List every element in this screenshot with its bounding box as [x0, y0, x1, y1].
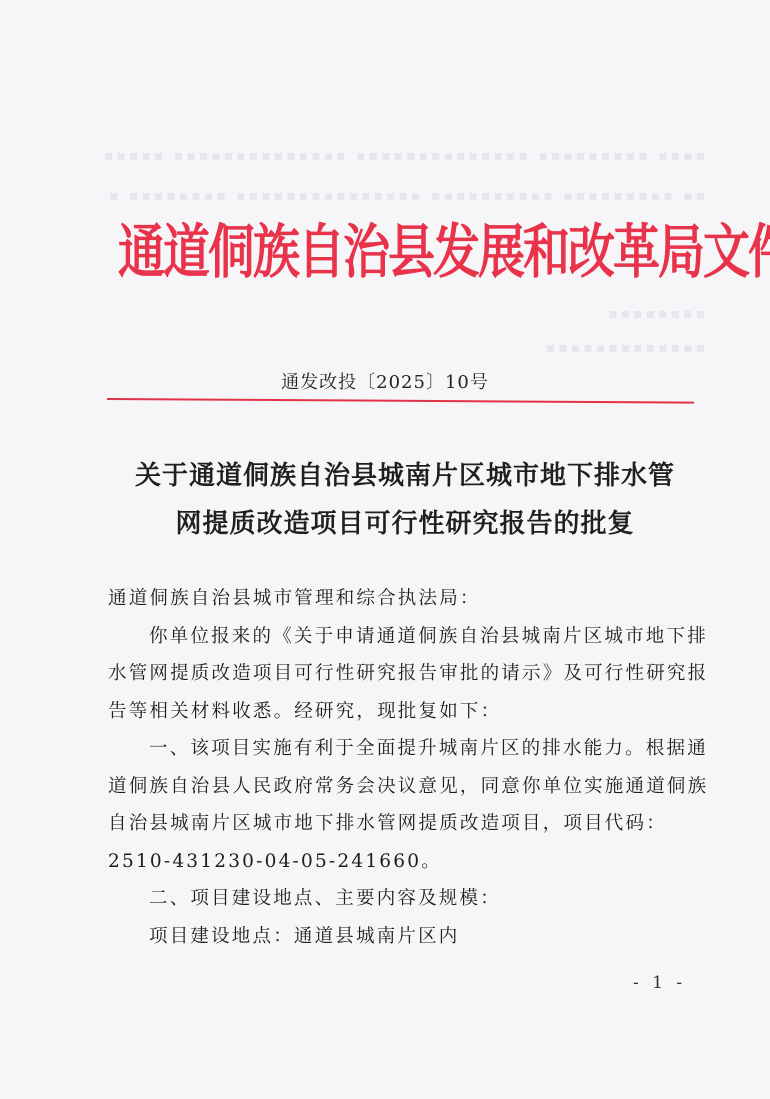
title-line-1: 关于通道侗族自治县城南片区城市地下排水管 — [105, 452, 705, 500]
section-two-heading: 二、项目建设地点、主要内容及规模： — [108, 880, 718, 918]
location-value: 通道县城南片区内 — [294, 926, 460, 947]
location-line: 项目建设地点：通道县城南片区内 — [108, 918, 718, 956]
bleed-through-text: ▪▪ ▪▪▪▪▪▪▪▪▪ ▪▪▪▪▪▪▪▪▪▪ ▪▪▪▪▪▪▪▪▪▪▪▪▪▪▪ … — [105, 188, 705, 204]
document-page: ▪▪▪▪ ▪▪▪▪▪▪▪▪▪ ▪▪▪▪▪▪▪▪▪▪▪▪▪▪ ▪▪▪▪▪▪▪▪▪▪… — [0, 0, 770, 1099]
paragraph-section-one: 一、该项目实施有利于全面提升城南片区的排水能力。根据通道侗族自治县人民政府常务会… — [108, 730, 718, 880]
issuer-header: 通道侗族自治县发展和改革局文件 — [118, 208, 678, 298]
paragraph-intro: 你单位报来的《关于申请通道侗族自治县城南片区城市地下排水管网提质改造项目可行性研… — [108, 618, 718, 731]
page-number: - 1 - — [633, 973, 686, 993]
document-title: 关于通道侗族自治县城南片区城市地下排水管 网提质改造项目可行性研究报告的批复 — [105, 452, 705, 548]
document-number: 通发改投〔2025〕10号 — [0, 371, 770, 395]
title-line-2: 网提质改造项目可行性研究报告的批复 — [105, 500, 705, 548]
recipient: 通道侗族自治县城市管理和综合执法局： — [108, 580, 718, 618]
bleed-through-text: ▪▪▪▪▪▪▪▪ — [105, 306, 705, 322]
document-body: 通道侗族自治县城市管理和综合执法局： 你单位报来的《关于申请通道侗族自治县城南片… — [108, 580, 718, 955]
bleed-through-text: ▪▪▪▪▪▪▪▪▪▪▪▪▪ — [105, 340, 705, 356]
bleed-through-text: ▪▪▪▪ ▪▪▪▪▪▪▪▪▪ ▪▪▪▪▪▪▪▪▪▪▪▪▪▪ ▪▪▪▪▪▪▪▪▪▪… — [105, 148, 705, 164]
red-divider-line — [107, 398, 694, 404]
location-label: 项目建设地点： — [149, 926, 294, 947]
